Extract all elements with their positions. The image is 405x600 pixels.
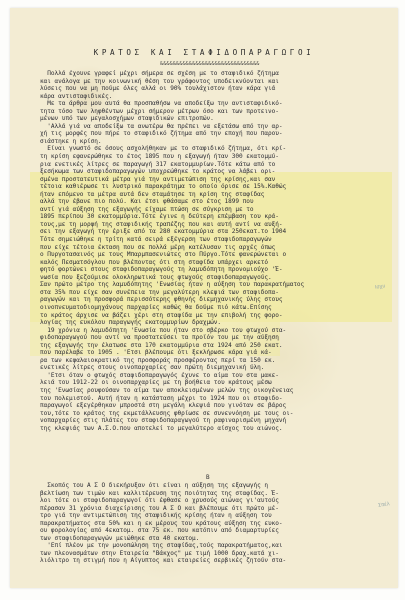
- text-line: ενετικές λίτρες στους οινοπαρχαρίες σαν …: [40, 364, 385, 372]
- text-line: παρακρατήματος στα 50% και η εκ μέρους τ…: [40, 520, 385, 528]
- text-line: παραγωγοί εξεγέρθηκαν μπροστά στη μεγάλη…: [40, 402, 385, 410]
- text-line: ο Πυργοτασαινός με τους Μπαρμπασενιώτες …: [40, 251, 385, 259]
- text-line: της εξαγωγής την έλατωσε στα 170 εκατομμ…: [40, 342, 385, 350]
- text-line: Είναι γνωστό σε όσους ασχολήθηκαν με το …: [40, 145, 385, 153]
- text-line: που είχε τέτοια έκταση που σε πολλά μέρη…: [40, 244, 385, 252]
- text-line: 'Αλλά γιά να αποδείξω τα ανωτέρω θα πρέπ…: [40, 123, 385, 131]
- text-line: που παρέλαβε το 1905 . 'Ετσι βλέπουμε ότ…: [40, 349, 385, 357]
- text-line: Τότε σημειώθηκε η τρίτη κατά σειρά εξέγε…: [40, 236, 385, 244]
- text-line: βελτίωση των τιμών και καλλιτέρευση της …: [40, 490, 385, 498]
- text-line: τους,με τη μορφή της σταφιδικής τραπέζης…: [40, 221, 385, 229]
- section-a-text: Πολλά έχουνε γραφεί μέχρι σήμερα σε σχέσ…: [40, 70, 385, 432]
- text-line: λοι τότε οι σταφιδοπαραγωγοί ότι έφθασε …: [40, 497, 385, 505]
- text-line: λειά του 1912-22 οι οινοπαρχαρίες με τη …: [40, 379, 385, 387]
- text-line: Με τα άρθρα μου αυτά θα προσπαθήσω να απ…: [40, 100, 385, 108]
- text-line: τρο γιά την αντιμετώπιση της σταφιδικής …: [40, 512, 385, 520]
- margin-annotation-2: Σπέλ: [378, 501, 391, 509]
- text-line: σμένα προστατευτικά μέτρα γιά την αντιμε…: [40, 176, 385, 184]
- text-line: τη κρίση εφανερώθηκε το έτος 1895 που η …: [40, 153, 385, 161]
- text-line: Σαν πρώτο μέτρο της λαμυδόπητης 'Ενωσίας…: [40, 281, 385, 289]
- text-line: της κλεψιάς των Α.Σ.Ο.που αποτελεί το με…: [40, 425, 385, 433]
- document-page: ΚΡΑΤΟΣ ΚΑΙ ΣΤΑΦΙΔΟΠΑΡΑΓΩΓΟΙ &&&&&&&&&&&&…: [10, 8, 398, 588]
- title-underline: &&&&&&&&&&&&&&&&&&&&&&&&&&&&&&&: [160, 61, 260, 67]
- text-line: χή τις μορφές που πήρε το σταφιδικό ζήτη…: [40, 130, 385, 138]
- text-line: αντί γιά αύξηση της εξαγωγής είχαμε πτώσ…: [40, 206, 385, 214]
- text-line: ρια ενετικές λίτρες σε παραγωγή 317 εκατ…: [40, 161, 385, 169]
- text-line: κάρα αντισταφιδικές.: [40, 93, 385, 101]
- text-line: φιδοπαραγωγού που αντί να προστατεύσει τ…: [40, 334, 385, 342]
- document-title: ΚΡΑΤΟΣ ΚΑΙ ΣΤΑΦΙΔΟΠΑΡΑΓΩΓΟΙ: [10, 48, 398, 57]
- text-line: οινοπνευματοδιομηχάνους παρχαρίες καθώς …: [40, 304, 385, 312]
- text-line: νοπαρχαρίες στις πλάτες του σταφιδοπαραγ…: [40, 417, 385, 425]
- text-line: και ανάλογα με την κοινωνική θέση του γρ…: [40, 78, 385, 86]
- text-line: στα 35% που είχε σαν συνέπεια την μεγαλύ…: [40, 289, 385, 297]
- section-b-text: Σκοπός του Α Σ Ο διεκήρυξαν ότι είναι η …: [40, 482, 385, 565]
- text-line: 1895 περίπου 30 εκατομμύρια.Τότε έγινε η…: [40, 213, 385, 221]
- text-line: λύσεις που να μη πούμε όλες αλλά οι 90% …: [40, 85, 385, 93]
- text-line: των σταφιδοπαραγωγών μειώθηκε στα 40 εκα…: [40, 535, 385, 543]
- text-line: των πλεονασμάτων στην Εταιρεία "Βάκχος" …: [40, 550, 385, 558]
- text-line: το κράτος άρχισε να βάζει χέρι στη σταφί…: [40, 312, 385, 320]
- text-line: σιάστηκε η κρίση.: [40, 138, 385, 146]
- text-line: καλός Πεσματσόγλου που βλέποντας ότι στη…: [40, 259, 385, 267]
- text-line: του,τότε το κράτος της εκμετάλλευσης φθρ…: [40, 410, 385, 418]
- section-marker-b: Β: [206, 474, 210, 481]
- text-line: φητό φορτώνει στους σταφιδοπαραγωγούς τη…: [40, 266, 385, 274]
- text-line: τέτοια καθιέρωσε τι λυστρικό παρακράτημα…: [40, 183, 385, 191]
- text-line: ξεσήκωμα των σταφιδοπαραγωγών υποχρεώθηκ…: [40, 168, 385, 176]
- text-line: ρα των κεφαλαιοκρατικό της προσφοράς προ…: [40, 357, 385, 365]
- text-line: λιόλιτρο τη στιγμή που η Αίγυπτος και ετ…: [40, 557, 385, 565]
- text-line: Σκοπός του Α Σ Ο διεκήρυξαν ότι είναι η …: [40, 482, 385, 490]
- text-line: 19 χρόνια η λαμυδόπητη 'Ενωσία που ήταν …: [40, 327, 385, 335]
- text-line: Πολλά έχουνε γραφεί μέχρι σήμερα σε σχέσ…: [40, 70, 385, 78]
- text-line: της 'Ενωσίας ρουφούσαν το αίμα των αποκλ…: [40, 387, 385, 395]
- text-line: σει την εξαγωγή την έριξε από τα 280 εκα…: [40, 228, 385, 236]
- text-line: του πολεμιστού. Αυτή ήταν η κατάσταση μέ…: [40, 395, 385, 403]
- text-line: αλλά την έβανε πιο πολύ. Και έτσι φθάσαμ…: [40, 198, 385, 206]
- text-line: νωσία που ξεζούμισε ολοκληρωτικά τους φτ…: [40, 274, 385, 282]
- text-line: ου φορολογίας από 4εκατομ. στα 75 εκ. πο…: [40, 527, 385, 535]
- text-line: ήταν επόμενο τα μέτρα αυτά δεν σταμάτησε…: [40, 191, 385, 199]
- text-line: τητα τόσο των ληφθέντων μέχρι σήμερον μέ…: [40, 108, 385, 116]
- text-line: 'Επί πλέον με την μονοπώληση της σταφίδα…: [40, 542, 385, 550]
- text-line: πέρασαν 31 χρόνια διαχείρισης του Α Σ Ο …: [40, 505, 385, 513]
- text-line: ραγωγών και τη προσφορά περισσότερης φθη…: [40, 296, 385, 304]
- text-line: λογίας της ευκόλου παραγωγής εκατομμυρίω…: [40, 319, 385, 327]
- text-line: μένων υπό των μεγαλοσχήμων σταφιδικών επ…: [40, 115, 385, 123]
- text-line: 'Ετσι όταν ο φτωχός σταφιδοπαραγωγός έχυ…: [40, 372, 385, 380]
